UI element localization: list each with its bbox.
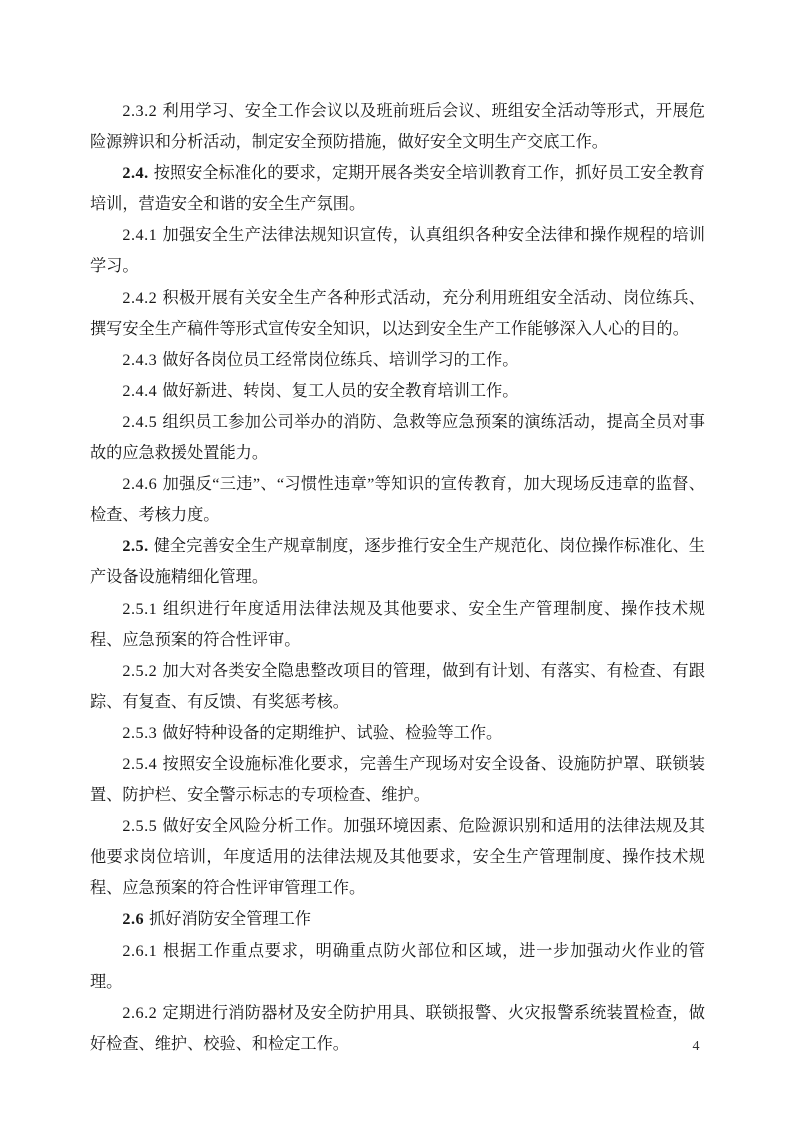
- document-page: 2.3.2利用学习、安全工作会议以及班前班后会议、班组安全活动等形式，开展危险源…: [0, 0, 793, 1122]
- paragraph: 2.5.4按照安全设施标准化要求，完善生产现场对安全设备、设施防护罩、联锁装置、…: [90, 749, 705, 811]
- paragraph-text: 定期进行消防器材及安全防护用具、联锁报警、火灾报警系统装置检查，做好检查、维护、…: [90, 1004, 705, 1053]
- paragraph: 2.5.1组织进行年度适用法律法规及其他要求、安全生产管理制度、操作技术规程、应…: [90, 594, 705, 656]
- paragraph-text: 加大对各类安全隐患整改项目的管理，做到有计划、有落实、有检查、有跟踪、有复查、有…: [90, 662, 705, 711]
- section-number: 2.5.3: [122, 724, 157, 742]
- paragraph: 2.4.按照安全标准化的要求，定期开展各类安全培训教育工作，抓好员工安全教育培训…: [90, 158, 705, 220]
- paragraph: 2.4.4做好新进、转岗、复工人员的安全教育培训工作。: [90, 376, 705, 407]
- document-body: 2.3.2利用学习、安全工作会议以及班前班后会议、班组安全活动等形式，开展危险源…: [90, 96, 705, 1060]
- paragraph-text: 做好特种设备的定期维护、试验、检验等工作。: [162, 724, 502, 742]
- paragraph-text: 健全完善安全生产规章制度，逐步推行安全生产规范化、岗位操作标准化、生产设备设施精…: [90, 537, 705, 586]
- paragraph-text: 做好新进、转岗、复工人员的安全教育培训工作。: [162, 382, 518, 400]
- section-number: 2.4.3: [122, 351, 157, 369]
- section-number: 2.4.5: [122, 413, 157, 431]
- paragraph-text: 加强安全生产法律法规知识宣传，认真组织各种安全法律和操作规程的培训学习。: [90, 226, 705, 275]
- section-number: 2.5.: [122, 537, 148, 555]
- section-number: 2.5.5: [122, 817, 157, 835]
- paragraph: 2.3.2利用学习、安全工作会议以及班前班后会议、班组安全活动等形式，开展危险源…: [90, 96, 705, 158]
- paragraph: 2.5.健全完善安全生产规章制度，逐步推行安全生产规范化、岗位操作标准化、生产设…: [90, 531, 705, 593]
- paragraph: 2.4.2积极开展有关安全生产各种形式活动，充分利用班组安全活动、岗位练兵、撰写…: [90, 283, 705, 345]
- paragraph: 2.5.3做好特种设备的定期维护、试验、检验等工作。: [90, 718, 705, 749]
- section-number: 2.4.1: [122, 226, 157, 244]
- paragraph-text: 做好安全风险分析工作。加强环境因素、危险源识别和适用的法律法规及其他要求岗位培训…: [90, 817, 705, 897]
- page-number: 4: [686, 1038, 706, 1056]
- paragraph-text: 抓好消防安全管理工作: [149, 910, 311, 928]
- paragraph: 2.4.6加强反“三违”、“习惯性违章”等知识的宣传教育，加大现场反违章的监督、…: [90, 469, 705, 531]
- paragraph-text: 积极开展有关安全生产各种形式活动，充分利用班组安全活动、岗位练兵、撰写安全生产稿…: [90, 289, 705, 338]
- section-number: 2.6: [122, 910, 144, 928]
- paragraph: 2.6抓好消防安全管理工作: [90, 904, 705, 935]
- paragraph: 2.4.3做好各岗位员工经常岗位练兵、培训学习的工作。: [90, 345, 705, 376]
- paragraph-text: 按照安全标准化的要求，定期开展各类安全培训教育工作，抓好员工安全教育培训，营造安…: [90, 164, 705, 213]
- paragraph-text: 组织进行年度适用法律法规及其他要求、安全生产管理制度、操作技术规程、应急预案的符…: [90, 600, 705, 649]
- section-number: 2.3.2: [122, 102, 157, 120]
- section-number: 2.5.2: [122, 662, 157, 680]
- section-number: 2.4.: [122, 164, 148, 182]
- section-number: 2.4.6: [122, 475, 157, 493]
- paragraph-text: 组织员工参加公司举办的消防、急救等应急预案的演练活动，提高全员对事故的应急救援处…: [90, 413, 705, 462]
- section-number: 2.6.1: [122, 942, 157, 960]
- section-number: 2.5.1: [122, 600, 157, 618]
- paragraph-text: 加强反“三违”、“习惯性违章”等知识的宣传教育，加大现场反违章的监督、检查、考核…: [90, 475, 705, 524]
- section-number: 2.4.2: [122, 289, 157, 307]
- paragraph: 2.6.2定期进行消防器材及安全防护用具、联锁报警、火灾报警系统装置检查，做好检…: [90, 998, 705, 1060]
- paragraph: 2.4.1加强安全生产法律法规知识宣传，认真组织各种安全法律和操作规程的培训学习…: [90, 220, 705, 282]
- section-number: 2.6.2: [122, 1004, 157, 1022]
- paragraph: 2.5.5做好安全风险分析工作。加强环境因素、危险源识别和适用的法律法规及其他要…: [90, 811, 705, 904]
- paragraph-text: 按照安全设施标准化要求，完善生产现场对安全设备、设施防护罩、联锁装置、防护栏、安…: [90, 755, 705, 804]
- paragraph: 2.6.1根据工作重点要求，明确重点防火部位和区域，进一步加强动火作业的管理。: [90, 936, 705, 998]
- paragraph: 2.4.5组织员工参加公司举办的消防、急救等应急预案的演练活动，提高全员对事故的…: [90, 407, 705, 469]
- paragraph-text: 利用学习、安全工作会议以及班前班后会议、班组安全活动等形式，开展危险源辨识和分析…: [90, 102, 705, 151]
- section-number: 2.4.4: [122, 382, 157, 400]
- paragraph-text: 根据工作重点要求，明确重点防火部位和区域，进一步加强动火作业的管理。: [90, 942, 705, 991]
- paragraph: 2.5.2加大对各类安全隐患整改项目的管理，做到有计划、有落实、有检查、有跟踪、…: [90, 656, 705, 718]
- paragraph-text: 做好各岗位员工经常岗位练兵、培训学习的工作。: [162, 351, 518, 369]
- section-number: 2.5.4: [122, 755, 157, 773]
